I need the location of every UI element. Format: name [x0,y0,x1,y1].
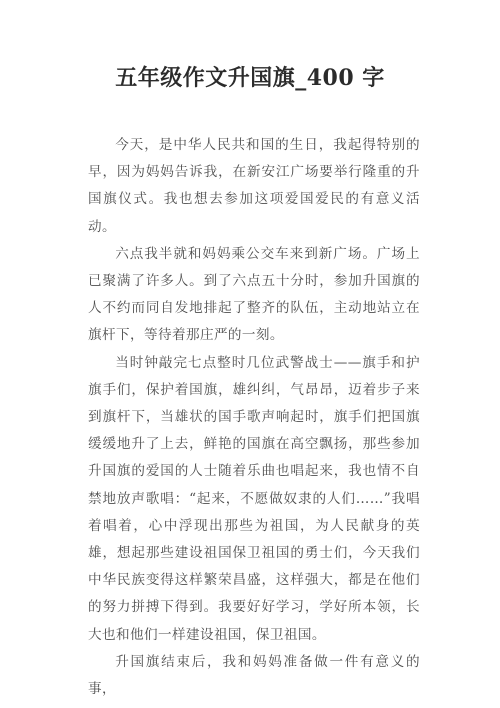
document-page: 五年级作文升国旗_400 字 今天，是中华人民共和国的生日，我起得特别的早，因为… [0,0,500,708]
essay-body: 今天，是中华人民共和国的生日，我起得特别的早，因为妈妈告诉我，在新安江广场要举行… [88,132,420,703]
essay-paragraph: 升国旗结束后，我和妈妈准备做一件有意义的事， [88,649,420,703]
essay-paragraph: 今天，是中华人民共和国的生日，我起得特别的早，因为妈妈告诉我，在新安江广场要举行… [88,132,420,241]
essay-paragraph: 六点我半就和妈妈乘公交车来到新广场。广场上已聚满了许多人。到了六点五十分时，参加… [88,241,420,350]
essay-paragraph: 当时钟敲完七点整时几位武警战士——旗手和护旗手们，保护着国旗，雄纠纠，气昂昂，迈… [88,350,420,649]
page-title: 五年级作文升国旗_400 字 [0,0,500,96]
